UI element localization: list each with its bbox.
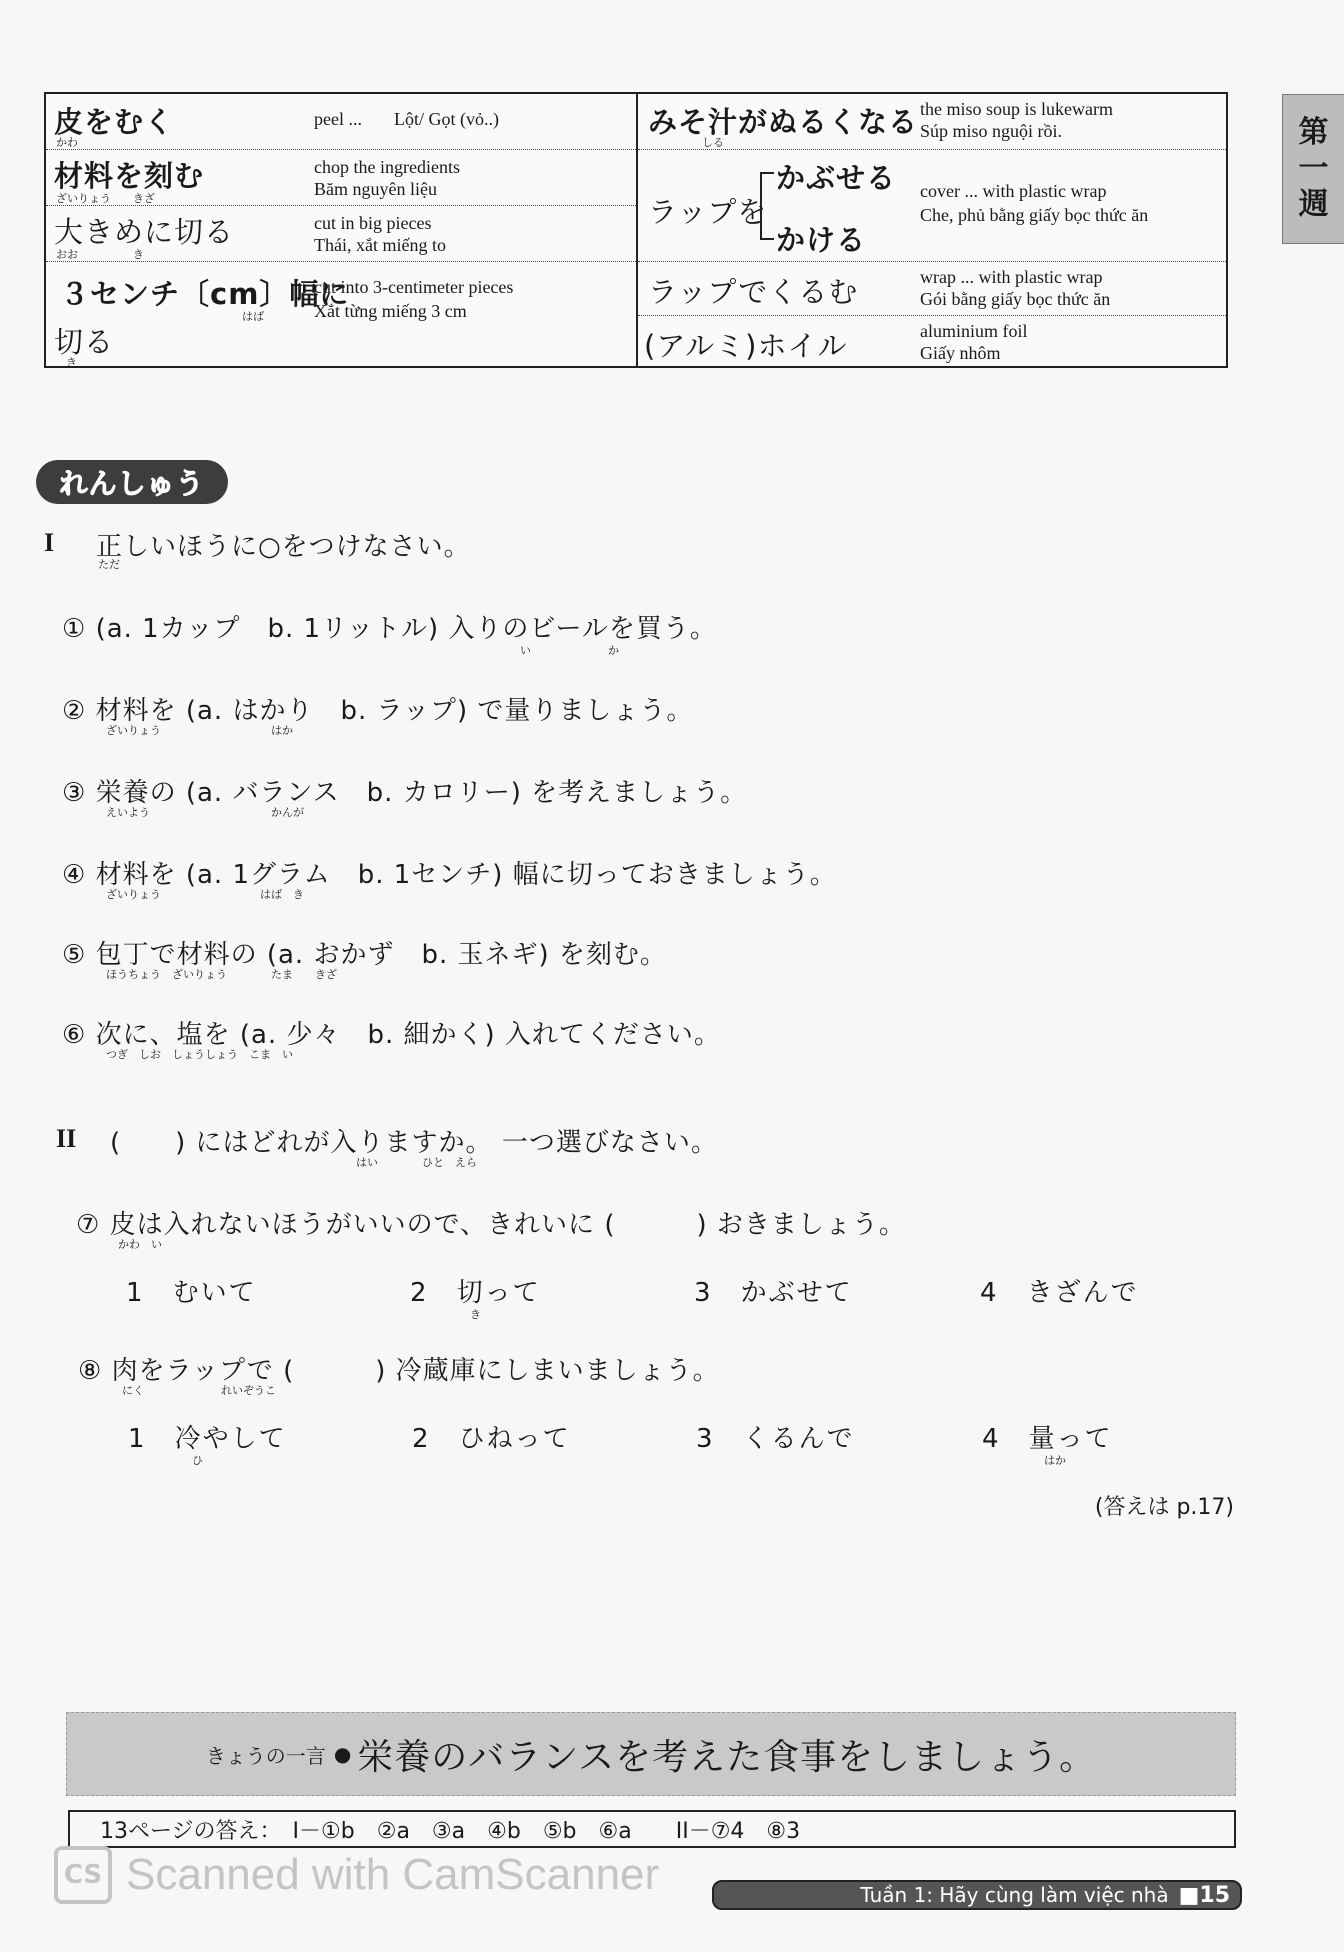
question-number: ⑥ bbox=[62, 1020, 86, 1050]
vocab-row: 材料を刻む ざいりょう きざ chop the ingredients Băm … bbox=[46, 150, 636, 206]
vocab-vi: Giấy nhôm bbox=[920, 342, 1001, 364]
question-furigana: にく れいぞうこ bbox=[122, 1382, 276, 1398]
vocab-vi: Súp miso nguội rồi. bbox=[920, 120, 1062, 142]
vocab-jp-continued: 切る bbox=[54, 320, 114, 361]
vocab-en: cover ... with plastic wrap bbox=[920, 180, 1106, 202]
option-item[interactable]: 1 むいて bbox=[126, 1272, 257, 1309]
question-number: ③ bbox=[62, 778, 86, 808]
vocab-en: peel ... bbox=[314, 108, 362, 130]
vocab-row: ラップでくるむ wrap ... with plastic wrap Gói b… bbox=[638, 262, 1226, 316]
instruction-furigana: はい ひと えら bbox=[356, 1154, 477, 1170]
vocab-en: the miso soup is lukewarm bbox=[920, 98, 1113, 120]
question-furigana: ほうちょう ざいりょう たま きざ bbox=[106, 966, 337, 982]
vocab-vi: Thái, xắt miếng to bbox=[314, 234, 446, 256]
vocab-furigana: き bbox=[66, 354, 77, 370]
bullet-icon: ● bbox=[334, 1742, 351, 1766]
week-tab: 第 一 週 bbox=[1282, 94, 1344, 244]
question-furigana: い か bbox=[520, 642, 619, 658]
question-number: ① bbox=[62, 614, 86, 644]
vocab-table: 皮をむく かわ peel ... Lột/ Gọt (vỏ..) 材料を刻む ざ… bbox=[44, 92, 1228, 368]
vocab-jp-option: かける bbox=[776, 218, 866, 259]
vocab-vi: Xắt từng miếng 3 cm bbox=[314, 300, 467, 322]
vocab-furigana: しる bbox=[702, 134, 724, 150]
vocab-jp: ラップでくるむ bbox=[648, 270, 858, 311]
question-furigana: ざいりょう はば き bbox=[106, 886, 304, 902]
vocab-furigana: かわ bbox=[56, 134, 78, 150]
vocab-furigana: おお き bbox=[56, 246, 144, 262]
vocab-furigana: はば bbox=[242, 308, 264, 324]
vocab-en: cut into 3-centimeter pieces bbox=[314, 276, 513, 298]
vocab-row: 皮をむく かわ peel ... Lột/ Gọt (vỏ..) bbox=[46, 94, 636, 150]
option-item[interactable]: 3 くるんで bbox=[696, 1418, 855, 1455]
vocab-jp: (アルミ)ホイル bbox=[644, 324, 847, 365]
page-number: ■15 bbox=[1179, 1883, 1230, 1908]
question-text: 皮は入れないほうがいいので、きれいに ( ) おきましょう。 bbox=[110, 1210, 906, 1240]
vocab-row: 大きめに切る おお き cut in big pieces Thái, xắt … bbox=[46, 206, 636, 262]
question-furigana: かわ い bbox=[118, 1236, 162, 1252]
previous-page-answers: 13ページの答え： I－①b ②a ③a ④b ⑤b ⑥a II－⑦4 ⑧3 bbox=[68, 1810, 1236, 1848]
question-furigana: えいよう かんが bbox=[106, 804, 304, 820]
vocab-row: ラップを かぶせる かける cover ... with plastic wra… bbox=[638, 150, 1226, 262]
option-furigana: はか bbox=[1044, 1452, 1066, 1468]
option-item[interactable]: 2 ひねって bbox=[412, 1418, 571, 1455]
vocab-column-left: 皮をむく かわ peel ... Lột/ Gọt (vỏ..) 材料を刻む ざ… bbox=[46, 94, 638, 366]
week-tab-char: 一 bbox=[1299, 151, 1329, 187]
vocab-jp: 大きめに切る bbox=[54, 210, 234, 251]
instruction-furigana: ただ bbox=[98, 556, 120, 572]
vocab-row: (アルミ)ホイル aluminium foil Giấy nhôm bbox=[638, 316, 1226, 370]
question-text[interactable]: (a. 1カップ b. 1リットル) 入りのビールを買う。 bbox=[96, 614, 717, 644]
week-tab-char: 第 bbox=[1299, 115, 1329, 151]
question-furigana: つぎ しお しょうしょう こま い bbox=[106, 1046, 293, 1062]
daily-phrase-banner: きょうの一言 ● 栄養のバランスを考えた食事をしましょう。 bbox=[66, 1712, 1236, 1796]
option-furigana: ひ bbox=[192, 1452, 203, 1468]
daily-phrase-label: きょうの一言 bbox=[206, 1740, 326, 1769]
vocab-furigana: ざいりょう きざ bbox=[56, 190, 155, 206]
section-numeral: I bbox=[44, 528, 54, 558]
question-item: ⑦ 皮は入れないほうがいいので、きれいに ( ) おきましょう。 bbox=[76, 1204, 906, 1241]
vocab-vi: Lột/ Gọt (vỏ..) bbox=[394, 108, 499, 130]
question-number: ⑧ bbox=[78, 1356, 102, 1386]
option-item[interactable]: 4 量って bbox=[982, 1418, 1113, 1455]
vocab-vi: Che, phủ bằng giấy bọc thức ăn bbox=[920, 204, 1148, 226]
vocab-en: aluminium foil bbox=[920, 320, 1028, 342]
question-number: ⑦ bbox=[76, 1210, 100, 1240]
vocab-jp-option: かぶせる bbox=[776, 156, 896, 197]
question-number: ④ bbox=[62, 860, 86, 890]
vocab-jp: ラップを bbox=[648, 190, 767, 231]
question-number: ⑤ bbox=[62, 940, 86, 970]
option-item[interactable]: 4 きざんで bbox=[980, 1272, 1139, 1309]
watermark-text: Scanned with CamScanner bbox=[126, 1850, 659, 1900]
page-footer: Tuần 1: Hãy cùng làm việc nhà ■15 bbox=[712, 1880, 1242, 1910]
question-number: ② bbox=[62, 696, 86, 726]
vocab-jp: みそ汁がぬるくなる bbox=[648, 100, 918, 141]
camscanner-logo-icon: CS bbox=[54, 1846, 112, 1904]
option-item[interactable]: 1 冷やして bbox=[128, 1418, 287, 1455]
footer-title: Tuần 1: Hãy cùng làm việc nhà bbox=[860, 1883, 1168, 1907]
practice-badge: れんしゅう bbox=[36, 460, 228, 504]
daily-phrase-text: 栄養のバランスを考えた食事をしましょう。 bbox=[357, 1729, 1096, 1780]
vocab-row: みそ汁がぬるくなる しる the miso soup is lukewarm S… bbox=[638, 94, 1226, 150]
option-item[interactable]: 3 かぶせて bbox=[694, 1272, 853, 1309]
vocab-en: chop the ingredients bbox=[314, 156, 460, 178]
vocab-en: cut in big pieces bbox=[314, 212, 431, 234]
section-numeral: II bbox=[56, 1124, 76, 1154]
bracket-icon bbox=[760, 172, 774, 240]
vocab-jp: 材料を刻む bbox=[54, 154, 204, 195]
section-instruction: 正しいほうに○をつけなさい。 bbox=[96, 526, 471, 563]
vocab-jp: ３センチ〔cm〕幅に bbox=[60, 272, 349, 313]
vocab-row: ３センチ〔cm〕幅に はば 切る き cut into 3-centimeter… bbox=[46, 262, 636, 370]
option-item[interactable]: 2 切って bbox=[410, 1272, 541, 1309]
week-tab-char: 週 bbox=[1299, 187, 1329, 223]
question-item: ① (a. 1カップ b. 1リットル) 入りのビールを買う。 bbox=[62, 608, 717, 645]
answer-reference: (答えは p.17) bbox=[1095, 1490, 1234, 1521]
vocab-vi: Băm nguyên liệu bbox=[314, 178, 437, 200]
vocab-column-right: みそ汁がぬるくなる しる the miso soup is lukewarm S… bbox=[638, 94, 1226, 366]
vocab-vi: Gói bằng giấy bọc thức ăn bbox=[920, 288, 1110, 310]
option-furigana: き bbox=[470, 1306, 481, 1322]
vocab-en: wrap ... with plastic wrap bbox=[920, 266, 1102, 288]
camscanner-watermark: CS Scanned with CamScanner bbox=[54, 1846, 659, 1904]
question-furigana: ざいりょう はか bbox=[106, 722, 293, 738]
